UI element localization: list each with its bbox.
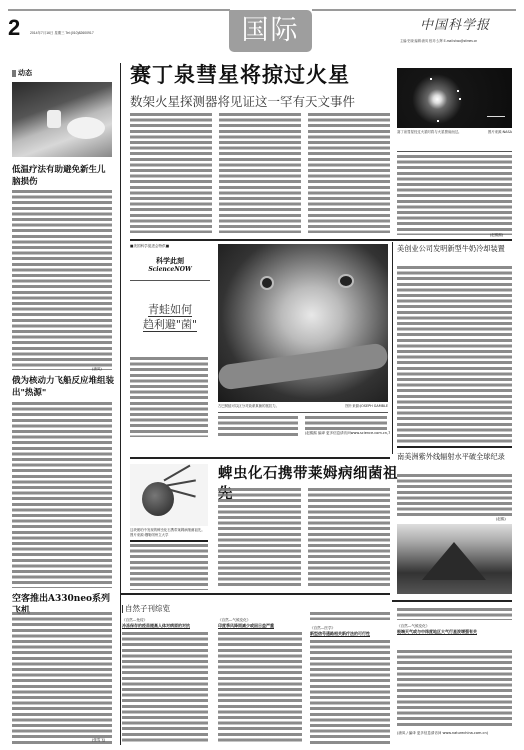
tick-body-col3 [308, 488, 390, 588]
story-body-hypothermia: 本报讯 研究人员在近日的《新生儿》医学杂志上报告说，降低有脑损伤风险的婴儿的体温… [12, 190, 112, 370]
digest-body-continued [397, 608, 512, 620]
lead-body-col3 [308, 113, 390, 233]
nature-digest-label: 自然子刊综览 [122, 603, 170, 614]
digest-body-3 [310, 640, 390, 744]
story-credit: (张雪飞) [92, 738, 105, 743]
lead-body-col4: 太阳飞行，并将一去不复返。 [397, 155, 512, 235]
feature-headline-line1: 青蛙如何 [130, 301, 210, 317]
story-credit: (唐凤) [92, 367, 102, 372]
star [457, 90, 459, 92]
tick-body-col2 [218, 488, 301, 588]
feature-body-col3 [305, 416, 387, 430]
feature-body-col1 [130, 357, 208, 437]
column-name: 科学此刻 [130, 256, 210, 266]
tick-body [142, 482, 174, 516]
star [459, 98, 461, 100]
photo-detail [67, 117, 105, 139]
section-divider [392, 600, 512, 602]
frog-eye [260, 276, 274, 290]
section-divider [130, 457, 390, 459]
lead-subheadline: 数架火星探测器将见证这一罕有天文事件 [130, 92, 355, 110]
feature-rule [130, 280, 210, 281]
comet-photo [397, 68, 512, 128]
tick-caption: 这块琥珀中发现的蜱虫化石携带莱姆病细菌祖先。 图片来源:俄勒冈州立大学 [130, 528, 208, 538]
story-headline-milk: 美创业公司发明新型牛奶冷却装置 [397, 244, 512, 254]
story-headline-hypothermia: 低温疗法有助避免新生儿脑损伤 [12, 164, 112, 188]
digest-body-1 [122, 632, 208, 744]
section-bar-icon [122, 605, 123, 613]
caption-rule [130, 540, 208, 542]
date-line: 2014年7月16日 星期三 Tel:(010)82600917 [30, 30, 94, 35]
digest-headline[interactable]: 印度季风降雨减少或因日益严重 [218, 623, 303, 629]
tick-fossil-photo [130, 464, 208, 526]
story-body-uv: 本报讯 近日，研究人员测量到南美洲紫外线辐射的最高水平，打破全球纪录…… [397, 474, 512, 518]
photo-detail [47, 110, 61, 128]
section-divider [120, 593, 390, 595]
section-bar-icon [12, 70, 16, 77]
feature-headline-line2: 趋利避"菌" [130, 316, 210, 332]
section-divider [130, 239, 512, 241]
story-headline-uv: 南美洲紫外线辐射水平破全球纪录 [397, 452, 512, 462]
lead-credit: (赵熙熙) [490, 233, 503, 238]
caption-rule [397, 151, 512, 152]
editors-line: 主编:史晓 编辑:唐凤 校对:么辉 E-mail:shao@stimes.cn [400, 38, 477, 43]
tick-leg [166, 479, 196, 486]
header-rule-right [312, 9, 516, 11]
comet-caption: 赛丁泉彗星经过火星时将与火星擦肩而过。 图片来源:NASA [397, 130, 512, 135]
digest-headline[interactable]: 冷冻保存的疫苗提高人体对病原的对抗 [122, 623, 207, 629]
story-headline-nuclear: 俄为核动力飞船反应堆组装出"热源" [12, 375, 117, 399]
column-name-en: ScienceNOW [130, 266, 210, 273]
lead-body-col2 [219, 113, 301, 233]
digest-headline[interactable]: 新型信号通路相关新疗法的可行性 [310, 631, 392, 637]
digest-final-credit: (唐凤 / 编译 更多信息请访问 www.naturechina.com.cn) [397, 731, 512, 736]
feature-kicker: ■美国科学促进会特供■ [130, 244, 169, 249]
story-body-nuclear: 本报讯 俄罗斯核能集团日前宣布，为核动力飞船设计的反应堆已经组装出首个"热源"—… [12, 402, 112, 588]
digest-body-4 [397, 650, 512, 728]
digest-body-2 [218, 632, 302, 744]
volcano-photo [397, 524, 512, 594]
section-divider [397, 446, 512, 448]
frog-eye [338, 274, 354, 288]
frog-photo [218, 244, 388, 402]
digest-headline[interactable]: 极端天气或与中纬度地区大气行星波增强有关 [397, 629, 512, 634]
feature-body-col2 [218, 416, 298, 436]
story-credit: (赵熙) [496, 517, 506, 522]
volcano-shape [422, 542, 486, 580]
left-column-divider [120, 63, 121, 745]
right-column-divider [392, 242, 393, 454]
tick-body-col1 [130, 544, 208, 590]
digest-body-continued [310, 612, 390, 620]
lead-body-col1: 本报讯 一颗来自奥尔特云的彗星将于10月19日掠过火星，届时多架火星探测器将见证… [130, 113, 212, 233]
story-body-milk: 本报讯 据外媒报道，印度创业公司Promethean Power Systems… [397, 266, 512, 444]
header-rule-left [8, 9, 230, 11]
section-tab: 国际 [229, 10, 312, 52]
caption-rule [218, 412, 388, 413]
feature-source: (赵熙熙 编译 更多信息请访问www.science.com.cn,7月15日) [305, 431, 390, 436]
page-number: 2 [8, 17, 20, 39]
masthead-logo: 中国科学报 [420, 14, 490, 33]
newborn-photo [12, 82, 112, 157]
star [437, 120, 439, 122]
star [430, 78, 432, 80]
scale-bar [487, 116, 505, 117]
frog-caption: 古巴树蛙可以区分对致命真菌的抵抗力。图片来源:JOSEPH GAMBLE [218, 404, 388, 409]
lead-headline: 赛丁泉彗星将掠过火星 [130, 62, 400, 88]
section-label-dynamics: 动态 [12, 68, 32, 78]
frog-branch [218, 342, 388, 390]
story-body-a330neo: 本报讯 欧洲飞机制造商空中客车（空客）公司近日宣布推出A330新系列机型——A3… [12, 612, 112, 744]
tick-leg [164, 465, 191, 482]
